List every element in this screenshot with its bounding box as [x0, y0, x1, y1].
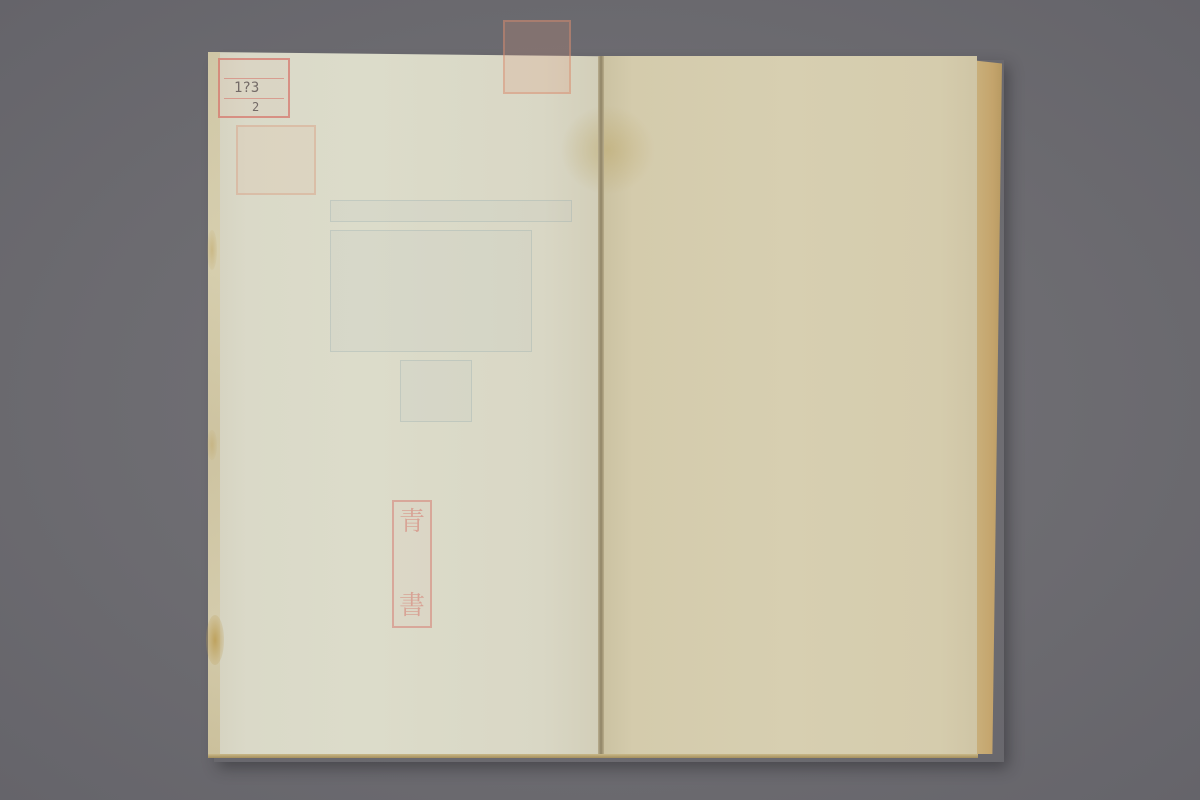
- bottom-edge: [208, 754, 978, 758]
- open-book: 1?3 2 青 書: [0, 0, 1200, 800]
- stamp-line-2: 1?3: [234, 80, 259, 96]
- seal-character: 書: [398, 592, 426, 620]
- stamp-line-3: 2: [252, 100, 259, 114]
- foxing-stain: [206, 615, 224, 665]
- foxing-stain: [207, 430, 217, 460]
- stamp-divider: [224, 78, 284, 79]
- right-page: [603, 56, 977, 758]
- gutter-stain: [560, 105, 655, 195]
- seal-character: 青: [398, 508, 426, 536]
- foxing-stain: [207, 230, 217, 270]
- bleed-through-mark: [330, 230, 532, 352]
- faint-seal: [236, 125, 316, 195]
- stamp-divider: [224, 98, 284, 99]
- book-gutter: [598, 56, 604, 758]
- bleed-through-mark: [330, 200, 572, 222]
- offset-seal-impression: [503, 20, 571, 94]
- vertical-seal: 青 書: [392, 500, 432, 628]
- bleed-through-mark: [400, 360, 472, 422]
- collection-stamp: 1?3 2: [218, 58, 290, 118]
